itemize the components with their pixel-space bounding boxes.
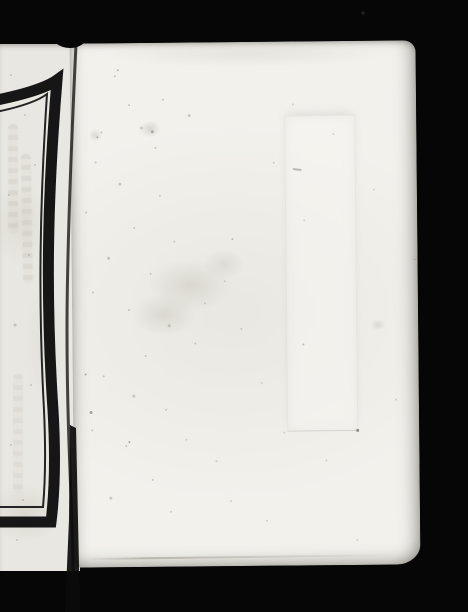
- label-impression: [284, 115, 358, 432]
- ghost-text-column: [8, 124, 18, 234]
- blank-page: [69, 40, 420, 567]
- dust-speck: [361, 11, 364, 14]
- paper-speckles: [0, 44, 2, 46]
- paper-speckles: [69, 44, 71, 46]
- left-page: [0, 44, 80, 571]
- ghost-text-column: [13, 374, 23, 494]
- scan-background: [0, 0, 468, 612]
- paper-speckles: [69, 44, 71, 46]
- crease-line: [84, 553, 404, 559]
- ghost-text-column: [21, 154, 33, 284]
- ink-dot: [356, 429, 359, 432]
